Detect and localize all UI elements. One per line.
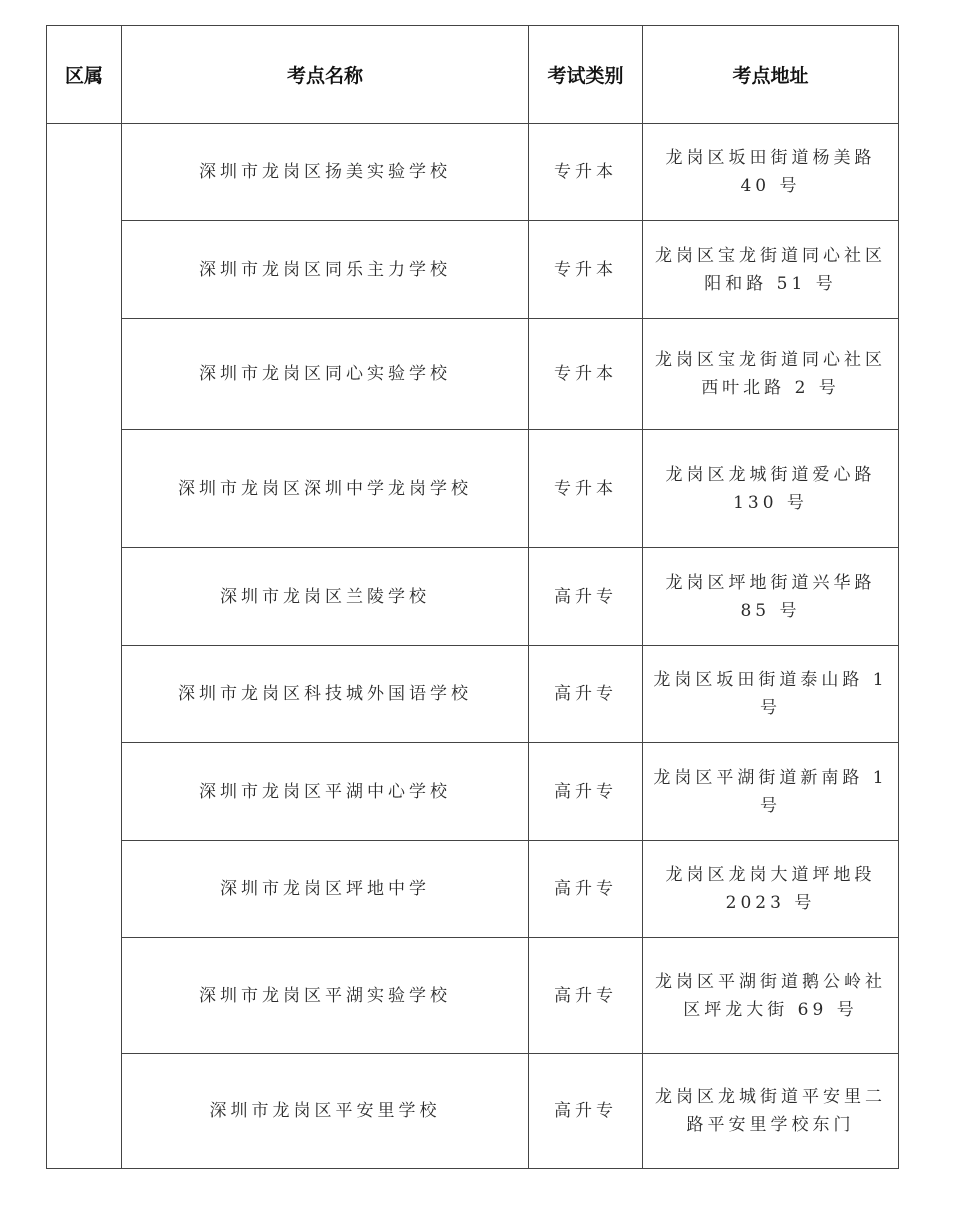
exam-site-name: 深圳市龙岗区同心实验学校 bbox=[122, 319, 529, 430]
header-exam-site-address: 考点地址 bbox=[643, 26, 899, 124]
exam-site-name: 深圳市龙岗区坪地中学 bbox=[122, 841, 529, 938]
table-header-row: 区属 考点名称 考试类别 考点地址 bbox=[47, 26, 899, 124]
table-row: 深圳市龙岗区平湖中心学校 高升专 龙岗区平湖街道新南路 1 号 bbox=[47, 743, 899, 841]
exam-site-address: 龙岗区龙城街道平安里二路平安里学校东门 bbox=[643, 1054, 899, 1169]
table-row: 深圳市龙岗区深圳中学龙岗学校 专升本 龙岗区龙城街道爱心路 130 号 bbox=[47, 430, 899, 548]
district-cell bbox=[47, 124, 122, 1169]
exam-site-name: 深圳市龙岗区扬美实验学校 bbox=[122, 124, 529, 221]
table-row: 深圳市龙岗区兰陵学校 高升专 龙岗区坪地街道兴华路 85 号 bbox=[47, 548, 899, 646]
exam-site-address: 龙岗区平湖街道新南路 1 号 bbox=[643, 743, 899, 841]
exam-site-address: 龙岗区坂田街道泰山路 1 号 bbox=[643, 646, 899, 743]
table-row: 深圳市龙岗区同乐主力学校 专升本 龙岗区宝龙街道同心社区阳和路 51 号 bbox=[47, 221, 899, 319]
exam-type: 高升专 bbox=[529, 938, 643, 1054]
exam-type: 专升本 bbox=[529, 430, 643, 548]
exam-site-address: 龙岗区宝龙街道同心社区西叶北路 2 号 bbox=[643, 319, 899, 430]
exam-site-name: 深圳市龙岗区平湖中心学校 bbox=[122, 743, 529, 841]
exam-site-table: 区属 考点名称 考试类别 考点地址 深圳市龙岗区扬美实验学校 专升本 龙岗区坂田… bbox=[46, 25, 899, 1169]
table-row: 深圳市龙岗区平湖实验学校 高升专 龙岗区平湖街道鹅公岭社区坪龙大街 69 号 bbox=[47, 938, 899, 1054]
exam-site-name: 深圳市龙岗区科技城外国语学校 bbox=[122, 646, 529, 743]
exam-site-name: 深圳市龙岗区平安里学校 bbox=[122, 1054, 529, 1169]
exam-type: 高升专 bbox=[529, 1054, 643, 1169]
exam-type: 高升专 bbox=[529, 548, 643, 646]
exam-site-address: 龙岗区坂田街道杨美路 40 号 bbox=[643, 124, 899, 221]
table-row: 深圳市龙岗区坪地中学 高升专 龙岗区龙岗大道坪地段 2023 号 bbox=[47, 841, 899, 938]
table-row: 深圳市龙岗区扬美实验学校 专升本 龙岗区坂田街道杨美路 40 号 bbox=[47, 124, 899, 221]
exam-type: 专升本 bbox=[529, 124, 643, 221]
exam-site-address: 龙岗区平湖街道鹅公岭社区坪龙大街 69 号 bbox=[643, 938, 899, 1054]
exam-site-address: 龙岗区龙岗大道坪地段 2023 号 bbox=[643, 841, 899, 938]
exam-site-name: 深圳市龙岗区兰陵学校 bbox=[122, 548, 529, 646]
header-exam-type: 考试类别 bbox=[529, 26, 643, 124]
header-district: 区属 bbox=[47, 26, 122, 124]
exam-site-name: 深圳市龙岗区平湖实验学校 bbox=[122, 938, 529, 1054]
exam-site-name: 深圳市龙岗区同乐主力学校 bbox=[122, 221, 529, 319]
exam-site-address: 龙岗区龙城街道爱心路 130 号 bbox=[643, 430, 899, 548]
header-exam-site-name: 考点名称 bbox=[122, 26, 529, 124]
exam-site-address: 龙岗区宝龙街道同心社区阳和路 51 号 bbox=[643, 221, 899, 319]
exam-site-address: 龙岗区坪地街道兴华路 85 号 bbox=[643, 548, 899, 646]
exam-type: 专升本 bbox=[529, 319, 643, 430]
table-row: 深圳市龙岗区科技城外国语学校 高升专 龙岗区坂田街道泰山路 1 号 bbox=[47, 646, 899, 743]
table-row: 深圳市龙岗区平安里学校 高升专 龙岗区龙城街道平安里二路平安里学校东门 bbox=[47, 1054, 899, 1169]
exam-type: 高升专 bbox=[529, 743, 643, 841]
exam-site-name: 深圳市龙岗区深圳中学龙岗学校 bbox=[122, 430, 529, 548]
exam-type: 专升本 bbox=[529, 221, 643, 319]
table-row: 深圳市龙岗区同心实验学校 专升本 龙岗区宝龙街道同心社区西叶北路 2 号 bbox=[47, 319, 899, 430]
exam-type: 高升专 bbox=[529, 841, 643, 938]
exam-type: 高升专 bbox=[529, 646, 643, 743]
